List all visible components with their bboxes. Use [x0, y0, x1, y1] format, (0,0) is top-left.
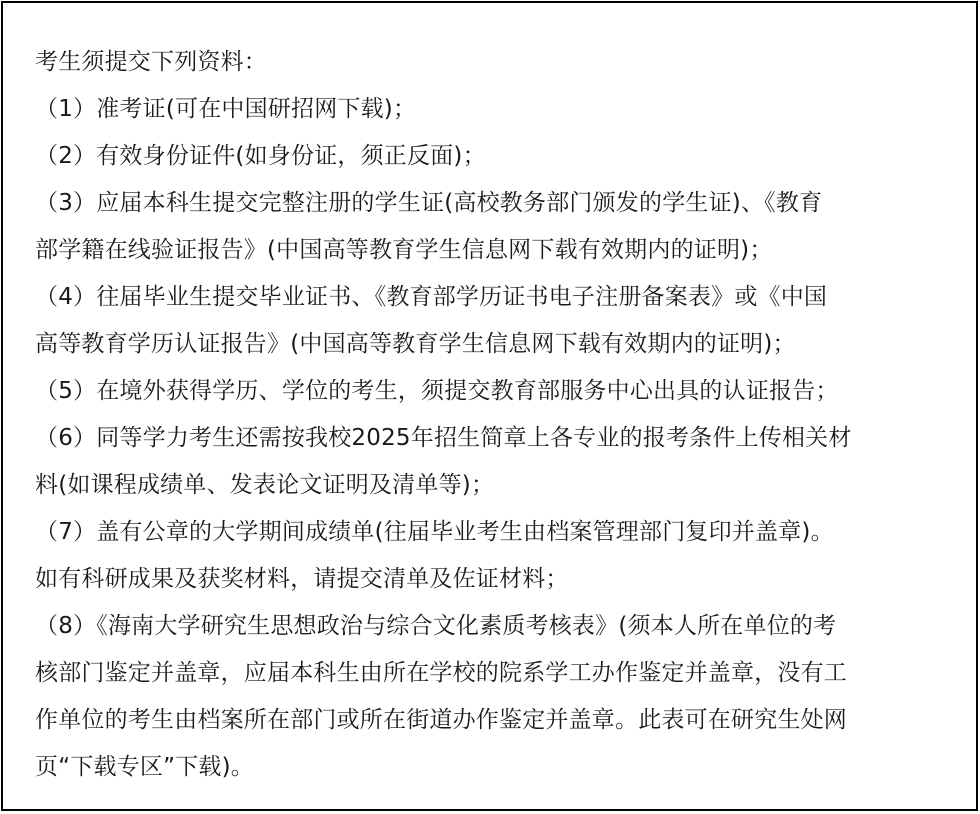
item-4-line-2: 高等教育学历认证报告》(中国高等教育学生信息网下载有效期内的证明)；: [35, 321, 966, 368]
document-text: 考生须提交下列资料： （1）准考证(可在中国研招网下载)； （2）有效身份证件(…: [35, 39, 966, 791]
item-8-line-2: 核部门鉴定并盖章，应届本科生由所在学校的院系学工办作鉴定并盖章，没有工: [35, 650, 966, 697]
item-7-line-1: （7）盖有公章的大学期间成绩单(往届毕业考生由档案管理部门复印并盖章)。: [35, 509, 966, 556]
item-8-line-3: 作单位的考生由档案所在部门或所在街道办作鉴定并盖章。此表可在研究生处网: [35, 697, 966, 744]
document-heading: 考生须提交下列资料：: [35, 39, 966, 86]
item-3-line-2: 部学籍在线验证报告》(中国高等教育学生信息网下载有效期内的证明)；: [35, 227, 966, 274]
item-7-line-2: 如有科研成果及获奖材料，请提交清单及佐证材料；: [35, 556, 966, 603]
item-8-line-4: 页“下载专区”下载)。: [35, 744, 966, 791]
item-3-line-1: （3）应届本科生提交完整注册的学生证(高校教务部门颁发的学生证)、《教育: [35, 180, 966, 227]
document-box: 考生须提交下列资料： （1）准考证(可在中国研招网下载)； （2）有效身份证件(…: [1, 1, 978, 811]
item-6-line-2: 料(如课程成绩单、发表论文证明及清单等)；: [35, 462, 966, 509]
item-1-line-1: （1）准考证(可在中国研招网下载)；: [35, 86, 966, 133]
item-8-line-1: （8）《海南大学研究生思想政治与综合文化素质考核表》(须本人所在单位的考: [35, 603, 966, 650]
item-2-line-1: （2）有效身份证件(如身份证，须正反面)；: [35, 133, 966, 180]
item-4-line-1: （4）往届毕业生提交毕业证书、《教育部学历证书电子注册备案表》或《中国: [35, 274, 966, 321]
item-6-line-1: （6）同等学力考生还需按我校2025年招生简章上各专业的报考条件上传相关材: [35, 415, 966, 462]
item-5-line-1: （5）在境外获得学历、学位的考生，须提交教育部服务中心出具的认证报告；: [35, 368, 966, 415]
